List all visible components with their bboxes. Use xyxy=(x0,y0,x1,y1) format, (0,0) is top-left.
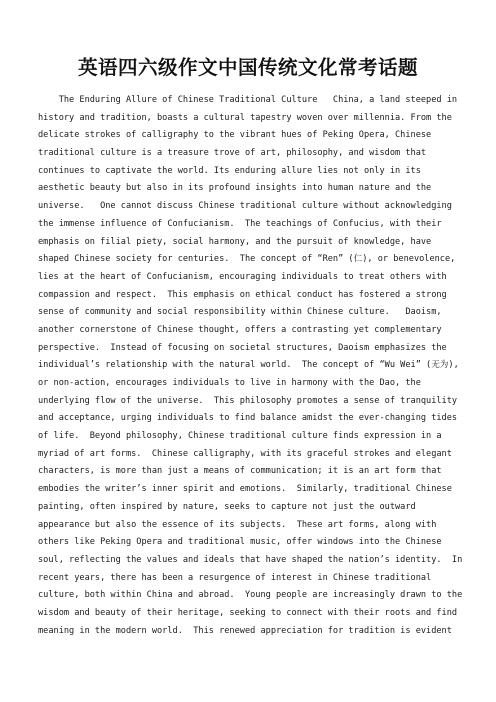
body-line: individual’s relationship with the natur… xyxy=(38,357,468,375)
body-line: The Enduring Allure of Chinese Tradition… xyxy=(38,92,468,110)
body-line: underlying flow of the universe. This ph… xyxy=(38,393,468,411)
body-line: wisdom and beauty of their heritage, see… xyxy=(38,605,468,623)
body-line: delicate strokes of calligraphy to the v… xyxy=(38,127,468,145)
body-line: emphasis on filial piety, social harmony… xyxy=(38,234,468,252)
document-title: 英语四六级作文中国传统文化常考话题 xyxy=(0,52,496,80)
body-line: soul, reflecting the values and ideals t… xyxy=(38,552,468,570)
body-line: recent years, there has been a resurgenc… xyxy=(38,570,468,588)
body-line: or non-action, encourages individuals to… xyxy=(38,375,468,393)
body-line: lies at the heart of Confucianism, encou… xyxy=(38,269,468,287)
body-line: universe. One cannot discuss Chinese tra… xyxy=(38,198,468,216)
body-line: embodies the writer’s inner spirit and e… xyxy=(38,481,468,499)
body-line: traditional culture is a treasure trove … xyxy=(38,145,468,163)
body-line: another cornerstone of Chinese thought, … xyxy=(38,322,468,340)
body-line: compassion and respect. This emphasis on… xyxy=(38,287,468,305)
body-line: painting, often inspired by nature, seek… xyxy=(38,499,468,517)
body-line: and acceptance, urging individuals to fi… xyxy=(38,410,468,428)
body-line: myriad of art forms. Chinese calligraphy… xyxy=(38,446,468,464)
body-line: sense of community and social responsibi… xyxy=(38,304,468,322)
body-line: characters, is more than just a means of… xyxy=(38,463,468,481)
document-page: 英语四六级作文中国传统文化常考话题 The Enduring Allure of… xyxy=(0,0,496,702)
body-line: appearance but also the essence of its s… xyxy=(38,517,468,535)
body-line: meaning in the modern world. This renewe… xyxy=(38,623,468,641)
body-line: aesthetic beauty but also in its profoun… xyxy=(38,180,468,198)
body-line: perspective. Instead of focusing on soci… xyxy=(38,340,468,358)
body-line: others like Peking Opera and traditional… xyxy=(38,534,468,552)
body-line: of life. Beyond philosophy, Chinese trad… xyxy=(38,428,468,446)
document-body: The Enduring Allure of Chinese Tradition… xyxy=(38,92,468,640)
body-line: culture, both within China and abroad. Y… xyxy=(38,587,468,605)
body-line: continues to captivate the world. Its en… xyxy=(38,163,468,181)
body-line: history and tradition, boasts a cultural… xyxy=(38,110,468,128)
body-line: shaped Chinese society for centuries. Th… xyxy=(38,251,468,269)
body-line: the immense influence of Confucianism. T… xyxy=(38,216,468,234)
